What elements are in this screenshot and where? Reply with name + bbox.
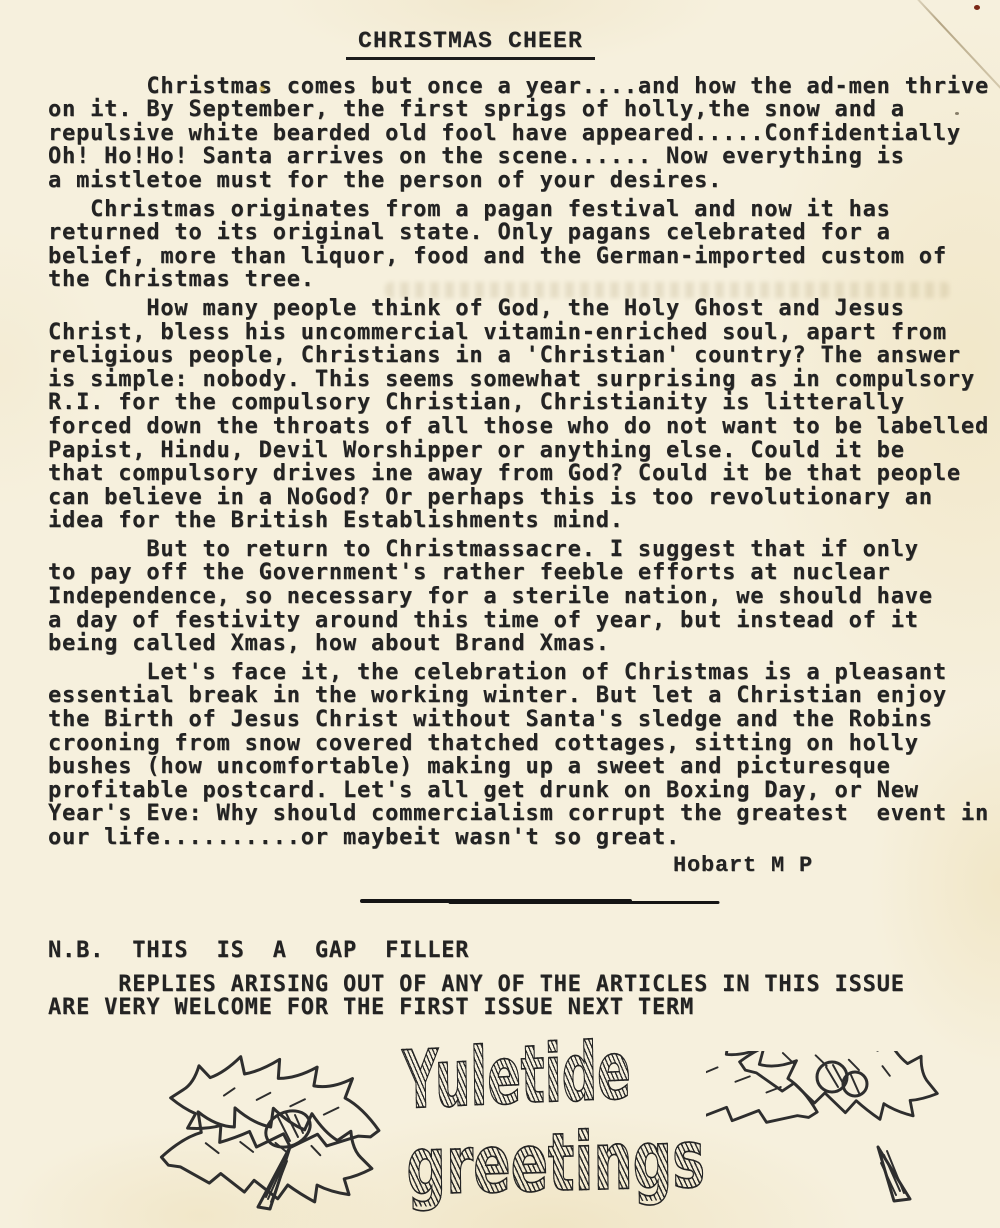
nb-line: N.B. THIS IS A GAP FILLER bbox=[48, 939, 980, 963]
postscript-note: N.B. THIS IS A GAP FILLER REPLIES ARISIN… bbox=[0, 903, 1000, 1020]
paragraph-2: Christmas originates from a pagan festiv… bbox=[48, 198, 980, 292]
author-signature: Hobart M P bbox=[673, 854, 980, 878]
paragraph-4: But to return to Christmassacre. I sugge… bbox=[48, 538, 980, 656]
greeting-art: Yuletide greetings bbox=[0, 1041, 1000, 1221]
greeting-word-1: Yuletide bbox=[402, 1029, 674, 1121]
holly-sprig-icon bbox=[138, 1047, 410, 1215]
paragraph-3: How many people think of God, the Holy G… bbox=[48, 297, 980, 533]
paragraph-1: Christmas comes but once a year....and h… bbox=[48, 75, 980, 193]
replies-note: REPLIES ARISING OUT OF ANY OF THE ARTICL… bbox=[48, 973, 980, 1019]
greeting-word-2: greetings bbox=[406, 1120, 706, 1208]
dust-speck bbox=[955, 112, 959, 115]
holly-sprig-icon bbox=[706, 1051, 974, 1209]
scanned-newsletter-page: CHRISTMAS CHEER Christmas comes but once… bbox=[0, 0, 1000, 1228]
ink-speck bbox=[974, 5, 980, 10]
stain-speck bbox=[259, 86, 265, 92]
article-body: Christmas comes but once a year....and h… bbox=[0, 60, 1000, 878]
ghost-print-offset bbox=[385, 282, 950, 298]
page-title: CHRISTMAS CHEER bbox=[346, 30, 595, 60]
paragraph-5: Let's face it, the celebration of Christ… bbox=[48, 661, 980, 850]
